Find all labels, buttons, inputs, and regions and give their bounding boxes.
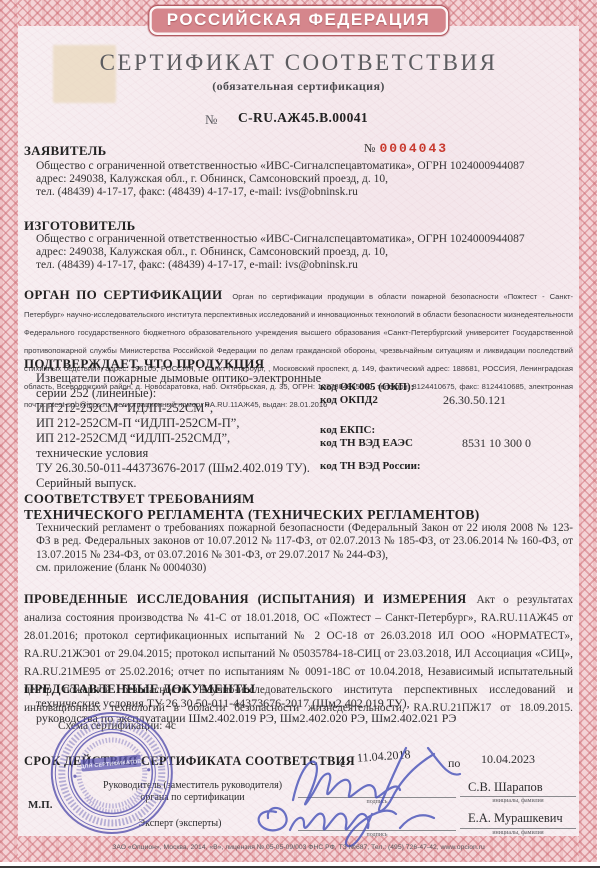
applicant-line: адрес: 249038, Калужская обл., г. Обнинс… bbox=[36, 173, 567, 186]
certificate-number: C-RU.АЖ45.В.00041 bbox=[238, 110, 368, 126]
applicant-heading: ЗАЯВИТЕЛЬ bbox=[24, 143, 107, 159]
number-sign: № bbox=[205, 112, 217, 128]
manufacturer-heading: ИЗГОТОВИТЕЛЬ bbox=[24, 218, 135, 234]
head-signature-ink-tail bbox=[379, 748, 460, 811]
manufacturer-line: адрес: 249038, Калужская обл., г. Обнинс… bbox=[36, 246, 567, 259]
code-ekps-label: код ЕКПС: bbox=[320, 424, 375, 436]
round-stamp: ДЛЯ СЕРТИФИКАТОВ bbox=[40, 703, 183, 846]
expert-signature-ink bbox=[259, 808, 287, 830]
code-okpd2-value: 26.30.50.121 bbox=[443, 393, 506, 408]
certificate-title: СЕРТИФИКАТ СООТВЕТСТВИЯ bbox=[0, 50, 597, 76]
applicant-line: Общество с ограниченной ответственностью… bbox=[36, 160, 567, 173]
code-okp-label: код ОК 005 (ОКП): bbox=[320, 381, 414, 393]
applicant-details: Общество с ограниченной ответственностью… bbox=[36, 160, 567, 199]
code-tnved-russia-label: код ТН ВЭД России: bbox=[320, 460, 421, 472]
border-left bbox=[0, 0, 18, 862]
documents-heading: ПРЕДСТАВЛЕННЫЕ ДОКУМЕНТЫ bbox=[24, 681, 255, 697]
applicant-line: тел. (48439) 4-17-17, факс: (48439) 4-17… bbox=[36, 186, 567, 199]
certificate-sheet: РОССИЙСКАЯ ФЕДЕРАЦИЯ СЕРТИФИКАТ СООТВЕТС… bbox=[0, 0, 597, 862]
code-tnved-eaes-value: 8531 10 300 0 bbox=[462, 436, 531, 451]
expert-name: Е.А. Мурашкевич bbox=[468, 811, 563, 826]
product-line: ИП 212-252СМ-П “ИДЛП-252СМ-П”, bbox=[36, 416, 326, 431]
product-heading: ПОДТВЕРЖДАЕТ, ЧТО ПРОДУКЦИЯ bbox=[24, 356, 264, 372]
product-line: серии 252 (линейные): bbox=[36, 386, 326, 401]
compliance-text: Технический регламент о требованиях пожа… bbox=[36, 522, 573, 562]
blank-number: №0004043 bbox=[364, 141, 448, 156]
manufacturer-details: Общество с ограниченной ответственностью… bbox=[36, 233, 567, 272]
product-line: ИП 212-252СМ “ИДЛП-252СМ”, bbox=[36, 401, 326, 416]
product-line: ИП 212-252СМД “ИДЛП-252СМД”, bbox=[36, 431, 326, 446]
manufacturer-line: тел. (48439) 4-17-17, факс: (48439) 4-17… bbox=[36, 259, 567, 272]
printer-imprint: ЗАО «Опцион», Москва, 2014, «В», лицензи… bbox=[0, 844, 597, 851]
code-okpd2-label: код ОКПД2 bbox=[320, 394, 378, 406]
product-line: технические условия bbox=[36, 446, 326, 461]
validity-to-date: 10.04.2023 bbox=[481, 752, 535, 767]
compliance-heading-1: СООТВЕТСТВУЕТ ТРЕБОВАНИЯМ bbox=[24, 491, 255, 507]
border-right bbox=[579, 0, 597, 862]
blank-number-digits: 0004043 bbox=[379, 141, 448, 156]
product-description: Извещатели пожарные дымовые оптико-элект… bbox=[36, 371, 326, 491]
product-line: Серийный выпуск. bbox=[36, 476, 326, 491]
certificate-subtitle: (обязательная сертификация) bbox=[0, 79, 597, 94]
head-name: С.В. Шарапов bbox=[468, 780, 543, 795]
certificate-page: РОССИЙСКАЯ ФЕДЕРАЦИЯ СЕРТИФИКАТ СООТВЕТС… bbox=[0, 0, 600, 872]
manufacturer-line: Общество с ограниченной ответственностью… bbox=[36, 233, 567, 246]
product-line: ТУ 26.30.50-011-44373676-2017 (Шм2.402.0… bbox=[36, 461, 326, 476]
code-tnved-eaes-label: код ТН ВЭД ЕАЭС bbox=[320, 437, 413, 449]
country-banner: РОССИЙСКАЯ ФЕДЕРАЦИЯ bbox=[148, 5, 449, 36]
handwritten-signatures bbox=[238, 738, 478, 856]
compliance-heading-2: ТЕХНИЧЕСКОГО РЕГЛАМЕНТА (ТЕХНИЧЕСКИХ РЕГ… bbox=[24, 507, 480, 523]
research-heading: ПРОВЕДЕННЫЕ ИССЛЕДОВАНИЯ (ИСПЫТАНИЯ) И И… bbox=[24, 592, 466, 606]
blank-number-sign: № bbox=[364, 141, 375, 155]
compliance-appendix: см. приложение (бланк № 0004030) bbox=[36, 562, 206, 575]
certification-body-heading: ОРГАН ПО СЕРТИФИКАЦИИ bbox=[24, 287, 222, 302]
scan-edge-line bbox=[0, 866, 600, 868]
product-line: Извещатели пожарные дымовые оптико-элект… bbox=[36, 371, 326, 386]
